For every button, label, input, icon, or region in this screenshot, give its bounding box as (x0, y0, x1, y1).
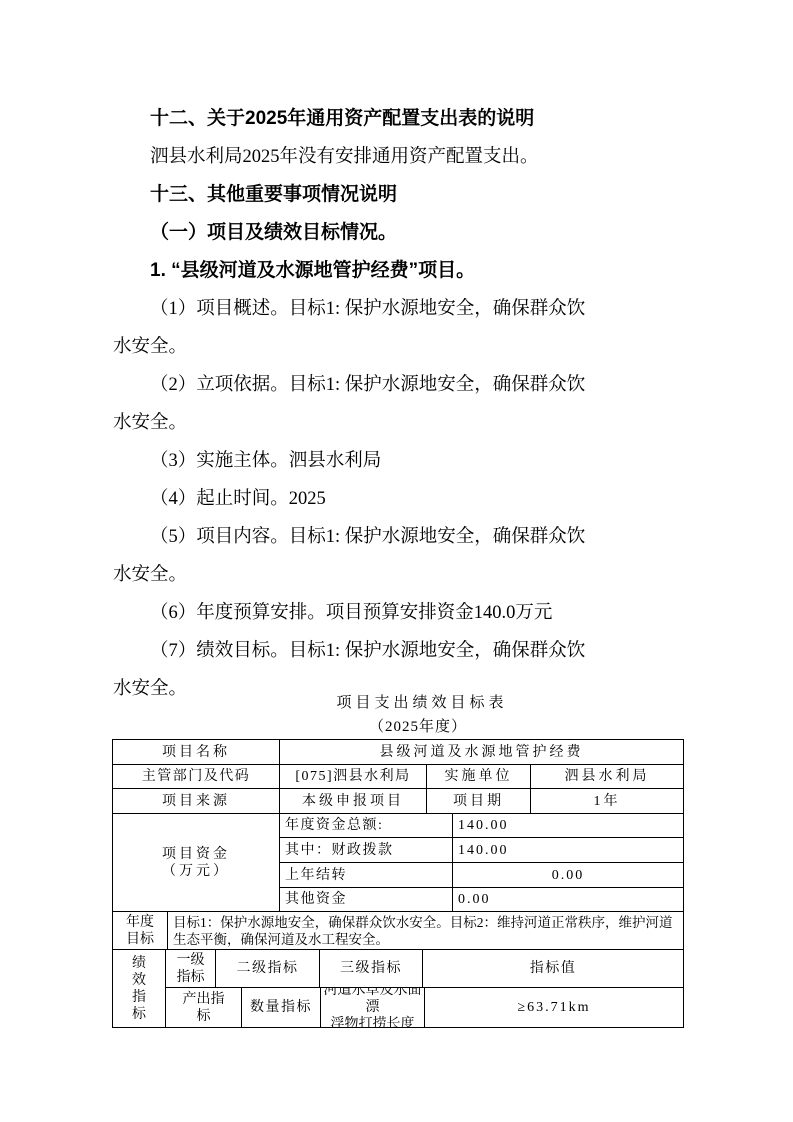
subsection-heading-1: （一）项目及绩效目标情况。 (113, 214, 691, 252)
performance-subrows: 一级 指标 二级指标 三级指标 指标值 产出指 标 数量指标 河道水草及水面漂 … (166, 950, 684, 1028)
para-implementing-body: （3）实施主体。泗县水利局 (113, 442, 691, 480)
cell-funds-carryover-value: 0.00 (453, 863, 684, 888)
document-page: 十二、关于2025年通用资产配置支出表的说明 泗县水利局2025年没有安排通用资… (0, 0, 793, 1122)
cell-project-name-value: 县级河道及水源地管护经费 (280, 740, 684, 765)
cell-level1-header: 一级 指标 (166, 950, 216, 988)
para-project-basis: （2）立项依据。目标1: 保护水源地安全，确保群众饮 水安全。 (113, 366, 691, 442)
indicator-data-row: 产出指 标 数量指标 河道水草及水面漂 浮物打捞长度 ≥63.71km (166, 988, 684, 1028)
document-body: 十二、关于2025年通用资产配置支出表的说明 泗县水利局2025年没有安排通用资… (113, 100, 691, 708)
para-no-asset-spending: 泗县水利局2025年没有安排通用资产配置支出。 (113, 138, 691, 176)
cell-dept-value: [075]泗县水利局 (280, 765, 427, 789)
section-heading-13: 十三、其他重要事项情况说明 (113, 176, 691, 214)
cell-funds-total-label: 年度资金总额: (280, 814, 453, 838)
para-annual-budget: （6）年度预算安排。项目预算安排资金140.0万元 (113, 594, 691, 632)
cell-funds-other-value: 0.00 (453, 888, 684, 912)
table-row: 项目来源 本级申报项目 项目期 1年 (113, 789, 684, 814)
cell-funds-fiscal-label: 其中：财政拨款 (280, 838, 453, 863)
cell-level2-header: 二级指标 (216, 950, 320, 988)
cell-funds-other-label: 其他资金 (280, 888, 453, 912)
cell-funds-fiscal-value: 140.00 (453, 838, 684, 863)
section-heading-12: 十二、关于2025年通用资产配置支出表的说明 (113, 100, 691, 138)
cell-funds-label: 项目资金 （万元） (113, 814, 280, 912)
table-subrow: 其中：财政拨款 140.00 (280, 838, 684, 863)
cell-funds-carryover-label: 上年结转 (280, 863, 453, 888)
cell-output-indicator: 产出指 标 (166, 988, 242, 1028)
cell-impl-unit-value: 泗县水利局 (531, 765, 684, 789)
table-row-funds: 项目资金 （万元） 年度资金总额: 140.00 其中：财政拨款 140.00 … (113, 814, 684, 912)
cell-level3-header: 三级指标 (320, 950, 423, 988)
cell-source-label: 项目来源 (113, 789, 280, 814)
performance-target-table: 项目名称 县级河道及水源地管护经费 主管部门及代码 [075]泗县水利局 实施单… (112, 739, 684, 1028)
cell-source-value: 本级申报项目 (280, 789, 427, 814)
table-row: 项目名称 县级河道及水源地管护经费 (113, 740, 684, 765)
cell-value-header: 指标值 (423, 950, 684, 988)
cell-project-name-label: 项目名称 (113, 740, 280, 765)
para-project-content: （5）项目内容。目标1: 保护水源地安全，确保群众饮 水安全。 (113, 518, 691, 594)
cell-indicator-name: 河道水草及水面漂 浮物打捞长度 (321, 988, 425, 1028)
table-row-performance: 绩 效 指 标 一级 指标 二级指标 三级指标 指标值 产出指 标 数量指标 河… (113, 950, 684, 1028)
cell-period-value: 1年 (531, 789, 684, 814)
cell-perf-label: 绩 效 指 标 (113, 950, 166, 1028)
table-title: 项目支出绩效目标表 (113, 691, 683, 715)
cell-funds-total-value: 140.00 (453, 814, 684, 838)
project-title-heading: 1. “县级河道及水源地管护经费”项目。 (113, 252, 691, 290)
table-subtitle: （2025年度） (113, 715, 683, 739)
cell-impl-unit-label: 实施单位 (427, 765, 531, 789)
table-subrow: 年度资金总额: 140.00 (280, 814, 684, 838)
cell-annual-goal-label: 年度 目标 (113, 912, 168, 950)
table-subrow: 上年结转 0.00 (280, 863, 684, 888)
cell-quantity-indicator: 数量指标 (242, 988, 321, 1028)
indicator-header-row: 一级 指标 二级指标 三级指标 指标值 (166, 950, 684, 988)
funds-subrows: 年度资金总额: 140.00 其中：财政拨款 140.00 上年结转 0.00 … (280, 814, 684, 912)
cell-indicator-value: ≥63.71km (425, 988, 684, 1028)
cell-annual-goal-text: 目标1：保护水源地安全，确保群众饮水安全。目标2：维持河道正常秩序，维护河道 生… (168, 912, 684, 950)
table-subrow: 其他资金 0.00 (280, 888, 684, 912)
table-row: 主管部门及代码 [075]泗县水利局 实施单位 泗县水利局 (113, 765, 684, 789)
table-row-annual-goal: 年度 目标 目标1：保护水源地安全，确保群众饮水安全。目标2：维持河道正常秩序，… (113, 912, 684, 950)
para-project-overview: （1）项目概述。目标1: 保护水源地安全，确保群众饮 水安全。 (113, 290, 691, 366)
para-time-span: （4）起止时间。2025 (113, 480, 691, 518)
cell-period-label: 项目期 (427, 789, 531, 814)
cell-dept-label: 主管部门及代码 (113, 765, 280, 789)
